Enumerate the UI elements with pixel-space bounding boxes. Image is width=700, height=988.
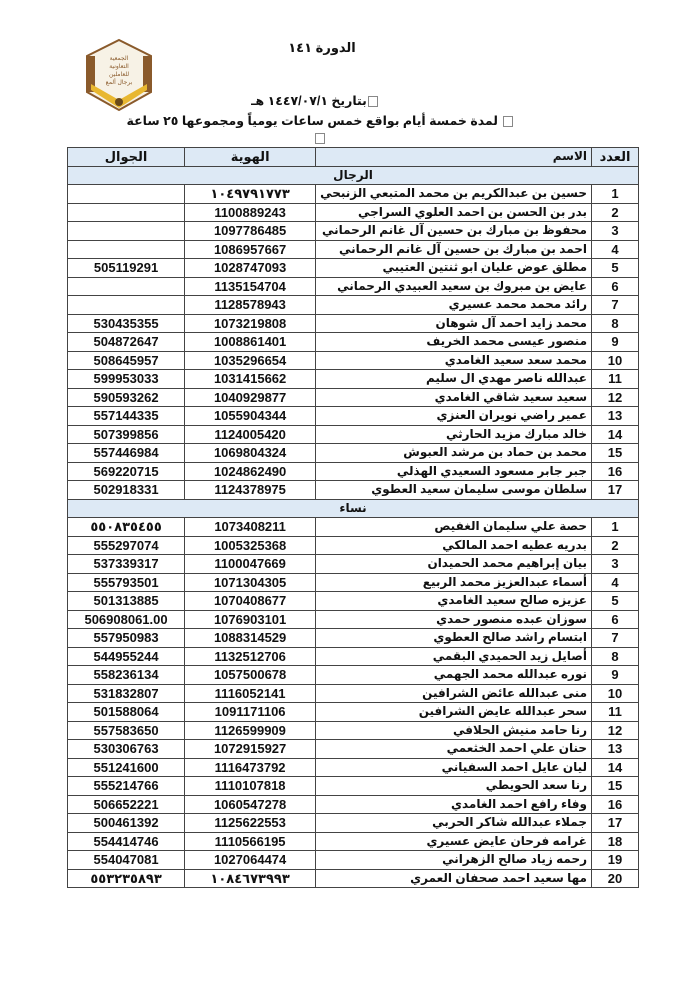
row-number: 2 xyxy=(592,536,639,555)
header-id: الهوية xyxy=(185,148,316,167)
row-name: عايض بن مبروك بن سعيد العبيدي الرحماني xyxy=(316,277,592,296)
row-name: جبر جابر مسعود السعيدي الهذلي xyxy=(316,462,592,481)
course-title: الدورة ١٤١ xyxy=(0,40,672,56)
row-number: 11 xyxy=(592,703,639,722)
row-phone: 544955244 xyxy=(68,647,185,666)
row-id: 1110566195 xyxy=(185,832,316,851)
row-id: 1126599909 xyxy=(185,721,316,740)
row-number: 1 xyxy=(592,185,639,204)
row-name: وفاء رافع احمد الغامدي xyxy=(316,795,592,814)
row-id: 1116052141 xyxy=(185,684,316,703)
row-id: 1024862490 xyxy=(185,462,316,481)
row-number: 5 xyxy=(592,259,639,278)
row-phone: ٥٥٠٨٣٥٤٥٥ xyxy=(68,518,185,537)
row-name: خالد مبارك مزيد الحارثي xyxy=(316,425,592,444)
row-phone: ٥٥٣٢٣٥٨٩٣ xyxy=(68,869,185,888)
row-id: 1070408677 xyxy=(185,592,316,611)
row-id: 1125622553 xyxy=(185,814,316,833)
row-phone xyxy=(68,240,185,259)
row-number: 3 xyxy=(592,222,639,241)
row-name: جملاء عبدالله شاكر الحربي xyxy=(316,814,592,833)
table-row: 5عزيزه صالح سعيد الغامدي1070408677501313… xyxy=(68,592,639,611)
row-number: 8 xyxy=(592,314,639,333)
table-row: 4احمد بن مبارك بن حسين آل غانم الرحماني1… xyxy=(68,240,639,259)
row-name: محفوظ بن مبارك بن حسين آل غانم الرحماني xyxy=(316,222,592,241)
row-phone: 554414746 xyxy=(68,832,185,851)
row-phone xyxy=(68,185,185,204)
row-number: 6 xyxy=(592,610,639,629)
row-name: منصور عيسى محمد الخريف xyxy=(316,333,592,352)
row-number: 14 xyxy=(592,425,639,444)
row-name: بدر بن الحسن بن احمد العلوي السراجي xyxy=(316,203,592,222)
row-id: 1057500678 xyxy=(185,666,316,685)
row-name: غرامه فرحان عايض عسيري xyxy=(316,832,592,851)
table-row: 6سوزان عبده منصور حمدي107690310150690806… xyxy=(68,610,639,629)
row-id: 1097786485 xyxy=(185,222,316,241)
table-row: 14خالد مبارك مزيد الحارثي112400542050739… xyxy=(68,425,639,444)
table-row: 11سحر عبدالله عايض الشرافين1091171106501… xyxy=(68,703,639,722)
table-header-row: العدد الاسم الهوية الجوال xyxy=(68,148,639,167)
table-row: 5مطلق عوض عليان ابو ثنتين العتيبي1028747… xyxy=(68,259,639,278)
table-row: 6عايض بن مبروك بن سعيد العبيدي الرحماني1… xyxy=(68,277,639,296)
row-phone: 599953033 xyxy=(68,370,185,389)
row-id: 1040929877 xyxy=(185,388,316,407)
svg-text:الجمعية: الجمعية xyxy=(110,55,129,62)
row-phone: 555214766 xyxy=(68,777,185,796)
row-id: 1128578943 xyxy=(185,296,316,315)
header-phone: الجوال xyxy=(68,148,185,167)
row-id: 1110107818 xyxy=(185,777,316,796)
table-row: 16وفاء رافع احمد الغامدي1060547278506652… xyxy=(68,795,639,814)
table-row: 19رحمه زياد صالح الزهراني102706447455404… xyxy=(68,851,639,870)
row-number: 16 xyxy=(592,462,639,481)
table-row: 13حنان علي احمد الخثعمي10729159275303067… xyxy=(68,740,639,759)
row-number: 8 xyxy=(592,647,639,666)
row-phone: 502918331 xyxy=(68,481,185,500)
table-row: 12رنا حامد منيش الحلافي11265999095575836… xyxy=(68,721,639,740)
row-number: 10 xyxy=(592,351,639,370)
row-name: سعيد سعيد شاقي الغامدي xyxy=(316,388,592,407)
section-title: نساء xyxy=(68,499,639,518)
row-id: 1073408211 xyxy=(185,518,316,537)
svg-text:للعاملين: للعاملين xyxy=(109,71,129,78)
table-row: 14ليان عايل احمد السفياني111647379255124… xyxy=(68,758,639,777)
table-row: 20مها سعيد احمد صحفان العمري١٠٨٤٦٧٣٩٩٣٥٥… xyxy=(68,869,639,888)
checkbox-glyph-icon xyxy=(315,133,325,144)
row-id: 1132512706 xyxy=(185,647,316,666)
row-phone xyxy=(68,203,185,222)
row-name: احمد بن مبارك بن حسين آل غانم الرحماني xyxy=(316,240,592,259)
row-name: أصايل زيد الحميدي البقمي xyxy=(316,647,592,666)
row-number: 15 xyxy=(592,444,639,463)
row-name: عمير راضي نويران العنزي xyxy=(316,407,592,426)
table-row: 12سعيد سعيد شاقي الغامدي1040929877590593… xyxy=(68,388,639,407)
row-name: نوره عبدالله محمد الجهمي xyxy=(316,666,592,685)
table-row: 18غرامه فرحان عايض عسيري1110566195554414… xyxy=(68,832,639,851)
row-number: 5 xyxy=(592,592,639,611)
row-number: 10 xyxy=(592,684,639,703)
row-phone: 557583650 xyxy=(68,721,185,740)
course-duration: لمدة خمسة أيام بواقع خمس ساعات يومياً وم… xyxy=(0,113,670,128)
table-row: 10منى عبدالله عائض الشرافين1116052141531… xyxy=(68,684,639,703)
row-name: عبدالله ناصر مهدي ال سليم xyxy=(316,370,592,389)
row-phone: 506652221 xyxy=(68,795,185,814)
row-id: 1072915927 xyxy=(185,740,316,759)
row-id: 1027064474 xyxy=(185,851,316,870)
table-row: 3بيان إبراهيم محمد الحميدان1100047669537… xyxy=(68,555,639,574)
table-row: 16جبر جابر مسعود السعيدي الهذلي102486249… xyxy=(68,462,639,481)
row-phone: 530306763 xyxy=(68,740,185,759)
row-id: 1008861401 xyxy=(185,333,316,352)
row-id: 1073219808 xyxy=(185,314,316,333)
table-row: 1حسين بن عبدالكريم بن محمد المتبعي الزنب… xyxy=(68,185,639,204)
row-id: 1005325368 xyxy=(185,536,316,555)
row-id: ١٠٤٩٧٩١٧٧٣ xyxy=(185,185,316,204)
row-number: 14 xyxy=(592,758,639,777)
row-number: 9 xyxy=(592,333,639,352)
row-name: بدريه عطيه احمد المالكي xyxy=(316,536,592,555)
row-phone: 504872647 xyxy=(68,333,185,352)
row-name: حسين بن عبدالكريم بن محمد المتبعي الزنبح… xyxy=(316,185,592,204)
row-number: 1 xyxy=(592,518,639,537)
row-name: محمد سعد سعيد الغامدي xyxy=(316,351,592,370)
row-name: سحر عبدالله عايض الشرافين xyxy=(316,703,592,722)
row-name: محمد بن حماد بن مرشد العبوش xyxy=(316,444,592,463)
row-id: 1076903101 xyxy=(185,610,316,629)
participants-table: العدد الاسم الهوية الجوال الرجال1حسين بن… xyxy=(67,147,639,888)
table-row: 3محفوظ بن مبارك بن حسين آل غانم الرحماني… xyxy=(68,222,639,241)
row-phone: 507399856 xyxy=(68,425,185,444)
row-name: محمد زايد احمد آل شوهان xyxy=(316,314,592,333)
row-name: منى عبدالله عائض الشرافين xyxy=(316,684,592,703)
row-number: 4 xyxy=(592,240,639,259)
table-row: 7ابتسام راشد صالح العطوي1088314529557950… xyxy=(68,629,639,648)
row-id: 1060547278 xyxy=(185,795,316,814)
row-number: 16 xyxy=(592,795,639,814)
course-date: بتاريخ ١٤٤٧/٠٧/١ هـ xyxy=(0,93,665,108)
row-name: حصة علي سليمان الغفيص xyxy=(316,518,592,537)
row-name: مطلق عوض عليان ابو ثنتين العتيبي xyxy=(316,259,592,278)
row-name: رحمه زياد صالح الزهراني xyxy=(316,851,592,870)
table-row: 17سلطان موسى سليمان سعيد العطوي112437897… xyxy=(68,481,639,500)
row-number: 4 xyxy=(592,573,639,592)
row-id: 1069804324 xyxy=(185,444,316,463)
row-number: 9 xyxy=(592,666,639,685)
row-phone: 505119291 xyxy=(68,259,185,278)
row-phone: 555793501 xyxy=(68,573,185,592)
row-phone: 506908061.00 xyxy=(68,610,185,629)
row-id: 1055904344 xyxy=(185,407,316,426)
row-id: 1124005420 xyxy=(185,425,316,444)
row-number: 7 xyxy=(592,296,639,315)
row-number: 11 xyxy=(592,370,639,389)
checkbox-glyph-icon xyxy=(368,96,378,107)
row-name: حنان علي احمد الخثعمي xyxy=(316,740,592,759)
row-phone xyxy=(68,222,185,241)
svg-text:برجال ألمع: برجال ألمع xyxy=(106,78,133,86)
table-row: 13عمير راضي نويران العنزي105590434455714… xyxy=(68,407,639,426)
table-row: 15رنا سعد الحويطي1110107818555214766 xyxy=(68,777,639,796)
row-name: رائد محمد محمد عسيري xyxy=(316,296,592,315)
row-name: سوزان عبده منصور حمدي xyxy=(316,610,592,629)
section-row: الرجال xyxy=(68,166,639,185)
row-phone xyxy=(68,277,185,296)
table-row: 9نوره عبدالله محمد الجهمي105750067855823… xyxy=(68,666,639,685)
row-phone: 554047081 xyxy=(68,851,185,870)
row-number: 13 xyxy=(592,407,639,426)
row-number: 18 xyxy=(592,832,639,851)
row-number: 3 xyxy=(592,555,639,574)
row-number: 12 xyxy=(592,721,639,740)
table-row: 15محمد بن حماد بن مرشد العبوش10698043245… xyxy=(68,444,639,463)
row-phone: 531832807 xyxy=(68,684,185,703)
row-phone: 551241600 xyxy=(68,758,185,777)
row-id: 1086957667 xyxy=(185,240,316,259)
row-name: رنا سعد الحويطي xyxy=(316,777,592,796)
section-row: نساء xyxy=(68,499,639,518)
row-number: 12 xyxy=(592,388,639,407)
row-phone: 558236134 xyxy=(68,666,185,685)
row-name: ابتسام راشد صالح العطوي xyxy=(316,629,592,648)
svg-text:التعاونية: التعاونية xyxy=(109,63,129,70)
row-phone: 501313885 xyxy=(68,592,185,611)
row-number: 19 xyxy=(592,851,639,870)
empty-marker xyxy=(0,132,670,144)
row-id: 1135154704 xyxy=(185,277,316,296)
row-number: 6 xyxy=(592,277,639,296)
row-id: 1028747093 xyxy=(185,259,316,278)
row-number: 17 xyxy=(592,481,639,500)
row-number: 7 xyxy=(592,629,639,648)
row-id: 1116473792 xyxy=(185,758,316,777)
row-phone: 530435355 xyxy=(68,314,185,333)
table-row: 1حصة علي سليمان الغفيص1073408211٥٥٠٨٣٥٤٥… xyxy=(68,518,639,537)
row-name: رنا حامد منيش الحلافي xyxy=(316,721,592,740)
row-id: 1124378975 xyxy=(185,481,316,500)
row-name: سلطان موسى سليمان سعيد العطوي xyxy=(316,481,592,500)
row-number: 13 xyxy=(592,740,639,759)
table-row: 10محمد سعد سعيد الغامدي10352966545086459… xyxy=(68,351,639,370)
row-id: 1100889243 xyxy=(185,203,316,222)
row-id: 1088314529 xyxy=(185,629,316,648)
row-number: 20 xyxy=(592,869,639,888)
row-number: 2 xyxy=(592,203,639,222)
row-phone: 590593262 xyxy=(68,388,185,407)
row-phone: 557446984 xyxy=(68,444,185,463)
row-id: 1035296654 xyxy=(185,351,316,370)
row-id: 1031415662 xyxy=(185,370,316,389)
table-row: 8محمد زايد احمد آل شوهان1073219808530435… xyxy=(68,314,639,333)
row-name: أسماء عبدالعزيز محمد الربيع xyxy=(316,573,592,592)
table-row: 17جملاء عبدالله شاكر الحربي1125622553500… xyxy=(68,814,639,833)
row-id: 1091171106 xyxy=(185,703,316,722)
row-name: بيان إبراهيم محمد الحميدان xyxy=(316,555,592,574)
section-title: الرجال xyxy=(68,166,639,185)
row-id: ١٠٨٤٦٧٣٩٩٣ xyxy=(185,869,316,888)
row-id: 1071304305 xyxy=(185,573,316,592)
header-name: الاسم xyxy=(316,148,592,167)
table-row: 2بدر بن الحسن بن احمد العلوي السراجي1100… xyxy=(68,203,639,222)
table-row: 11عبدالله ناصر مهدي ال سليم1031415662599… xyxy=(68,370,639,389)
table-row: 2بدريه عطيه احمد المالكي1005325368555297… xyxy=(68,536,639,555)
row-phone: 557950983 xyxy=(68,629,185,648)
row-phone: 501588064 xyxy=(68,703,185,722)
row-phone: 557144335 xyxy=(68,407,185,426)
row-phone: 500461392 xyxy=(68,814,185,833)
checkbox-glyph-icon xyxy=(503,116,513,127)
row-name: ليان عايل احمد السفياني xyxy=(316,758,592,777)
header-num: العدد xyxy=(592,148,639,167)
row-number: 15 xyxy=(592,777,639,796)
row-phone: 537339317 xyxy=(68,555,185,574)
table-row: 7رائد محمد محمد عسيري1128578943 xyxy=(68,296,639,315)
table-row: 9منصور عيسى محمد الخريف10088614015048726… xyxy=(68,333,639,352)
row-id: 1100047669 xyxy=(185,555,316,574)
row-name: عزيزه صالح سعيد الغامدي xyxy=(316,592,592,611)
row-phone: 555297074 xyxy=(68,536,185,555)
row-phone: 569220715 xyxy=(68,462,185,481)
row-name: مها سعيد احمد صحفان العمري xyxy=(316,869,592,888)
row-number: 17 xyxy=(592,814,639,833)
row-phone: 508645957 xyxy=(68,351,185,370)
table-row: 8أصايل زيد الحميدي البقمي113251270654495… xyxy=(68,647,639,666)
table-row: 4أسماء عبدالعزيز محمد الربيع107130430555… xyxy=(68,573,639,592)
row-phone xyxy=(68,296,185,315)
